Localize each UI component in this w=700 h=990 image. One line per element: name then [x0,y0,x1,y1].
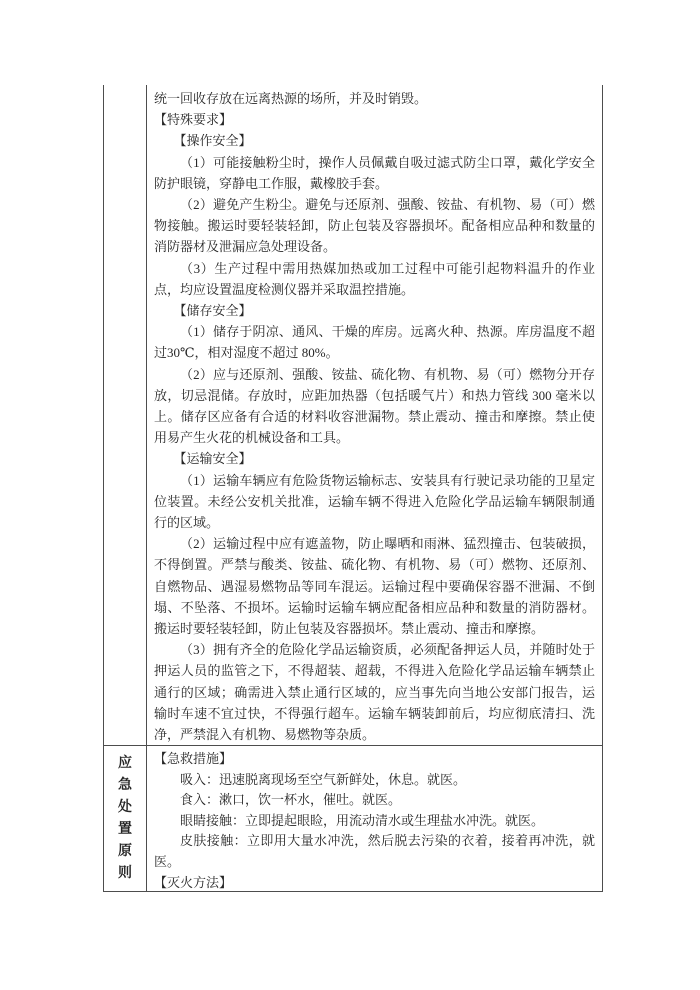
vertical-header-char: 原 [118,841,132,863]
para-transport-safety-3: （3）拥有齐全的危险化学品运输资质，必须配备押运人员，并随时处于押运人员的监管之… [154,639,595,745]
para-storage-safety-2: （2）应与还原剂、强酸、铵盐、硫化物、有机物、易（可）燃物分开存放，切忌混储。存… [154,364,595,449]
safety-info-table: 统一回收存放在远离热源的场所，并及时销毁。 【特殊要求】 【操作安全】 （1）可… [103,85,603,892]
document-page: { "document": { "kind": "hazardous-chemi… [0,0,700,990]
para-storage-safety-1: （1）储存于阴凉、通风、干燥的库房。远离火种、热源。库房温度不超过30℃，相对湿… [154,321,595,363]
subsection-header-transport-safety: 【运输安全】 [154,448,595,469]
row-header-cell-empty [104,85,147,745]
emergency-response-row: 应 急 处 置 原 则 【急救措施】 吸入：迅速脱离现场至空气新鲜处，休息。就医… [104,745,602,891]
para-ingestion: 食入：漱口，饮一杯水，催吐。就医。 [154,790,595,811]
section-header-fire-fighting: 【灭火方法】 [154,873,595,891]
para-operation-safety-1: （1）可能接触粉尘时，操作人员佩戴自吸过滤式防尘口罩，戴化学安全防护眼镜，穿静电… [154,152,595,194]
para-operation-safety-2: （2）避免产生粉尘。避免与还原剂、强酸、铵盐、有机物、易（可）燃物接触。搬运时要… [154,194,595,258]
emergency-response-content: 【急救措施】 吸入：迅速脱离现场至空气新鲜处，休息。就医。 食入：漱口，饮一杯水… [147,746,602,891]
vertical-header-char: 急 [118,775,132,797]
subsection-header-storage-safety: 【储存安全】 [154,300,595,321]
section-header-special-requirements: 【特殊要求】 [154,109,595,130]
para-skin-contact: 皮肤接触：立即用大量水冲洗，然后脱去污染的衣着，接着再冲洗，就医。 [154,831,595,872]
subsection-header-operation-safety: 【操作安全】 [154,130,595,151]
para-transport-safety-1: （1）运输车辆应有危险货物运输标志、安装具有行驶记录功能的卫星定位装置。未经公安… [154,470,595,534]
vertical-header-char: 置 [118,819,132,841]
safety-requirements-row: 统一回收存放在远离热源的场所，并及时销毁。 【特殊要求】 【操作安全】 （1）可… [104,85,602,745]
section-header-first-aid: 【急救措施】 [154,749,595,770]
para-disposal-continuation: 统一回收存放在远离热源的场所，并及时销毁。 [154,88,595,109]
para-transport-safety-2: （2）运输过程中应有遮盖物，防止曝晒和雨淋、猛烈撞击、包装破损，不得倒置。严禁与… [154,533,595,639]
para-operation-safety-3: （3）生产过程中需用热媒加热或加工过程中可能引起物料温升的作业点，均应设置温度检… [154,258,595,300]
para-inhalation: 吸入：迅速脱离现场至空气新鲜处，休息。就医。 [154,770,595,791]
safety-requirements-content: 统一回收存放在远离热源的场所，并及时销毁。 【特殊要求】 【操作安全】 （1）可… [147,85,602,745]
row-header-emergency-response-principles: 应 急 处 置 原 则 [104,746,147,891]
vertical-header-char: 则 [118,863,132,885]
vertical-header-char: 应 [118,753,132,775]
para-eye-contact: 眼睛接触：立即提起眼睑，用流动清水或生理盐水冲洗。就医。 [154,811,595,832]
vertical-header-char: 处 [118,797,132,819]
